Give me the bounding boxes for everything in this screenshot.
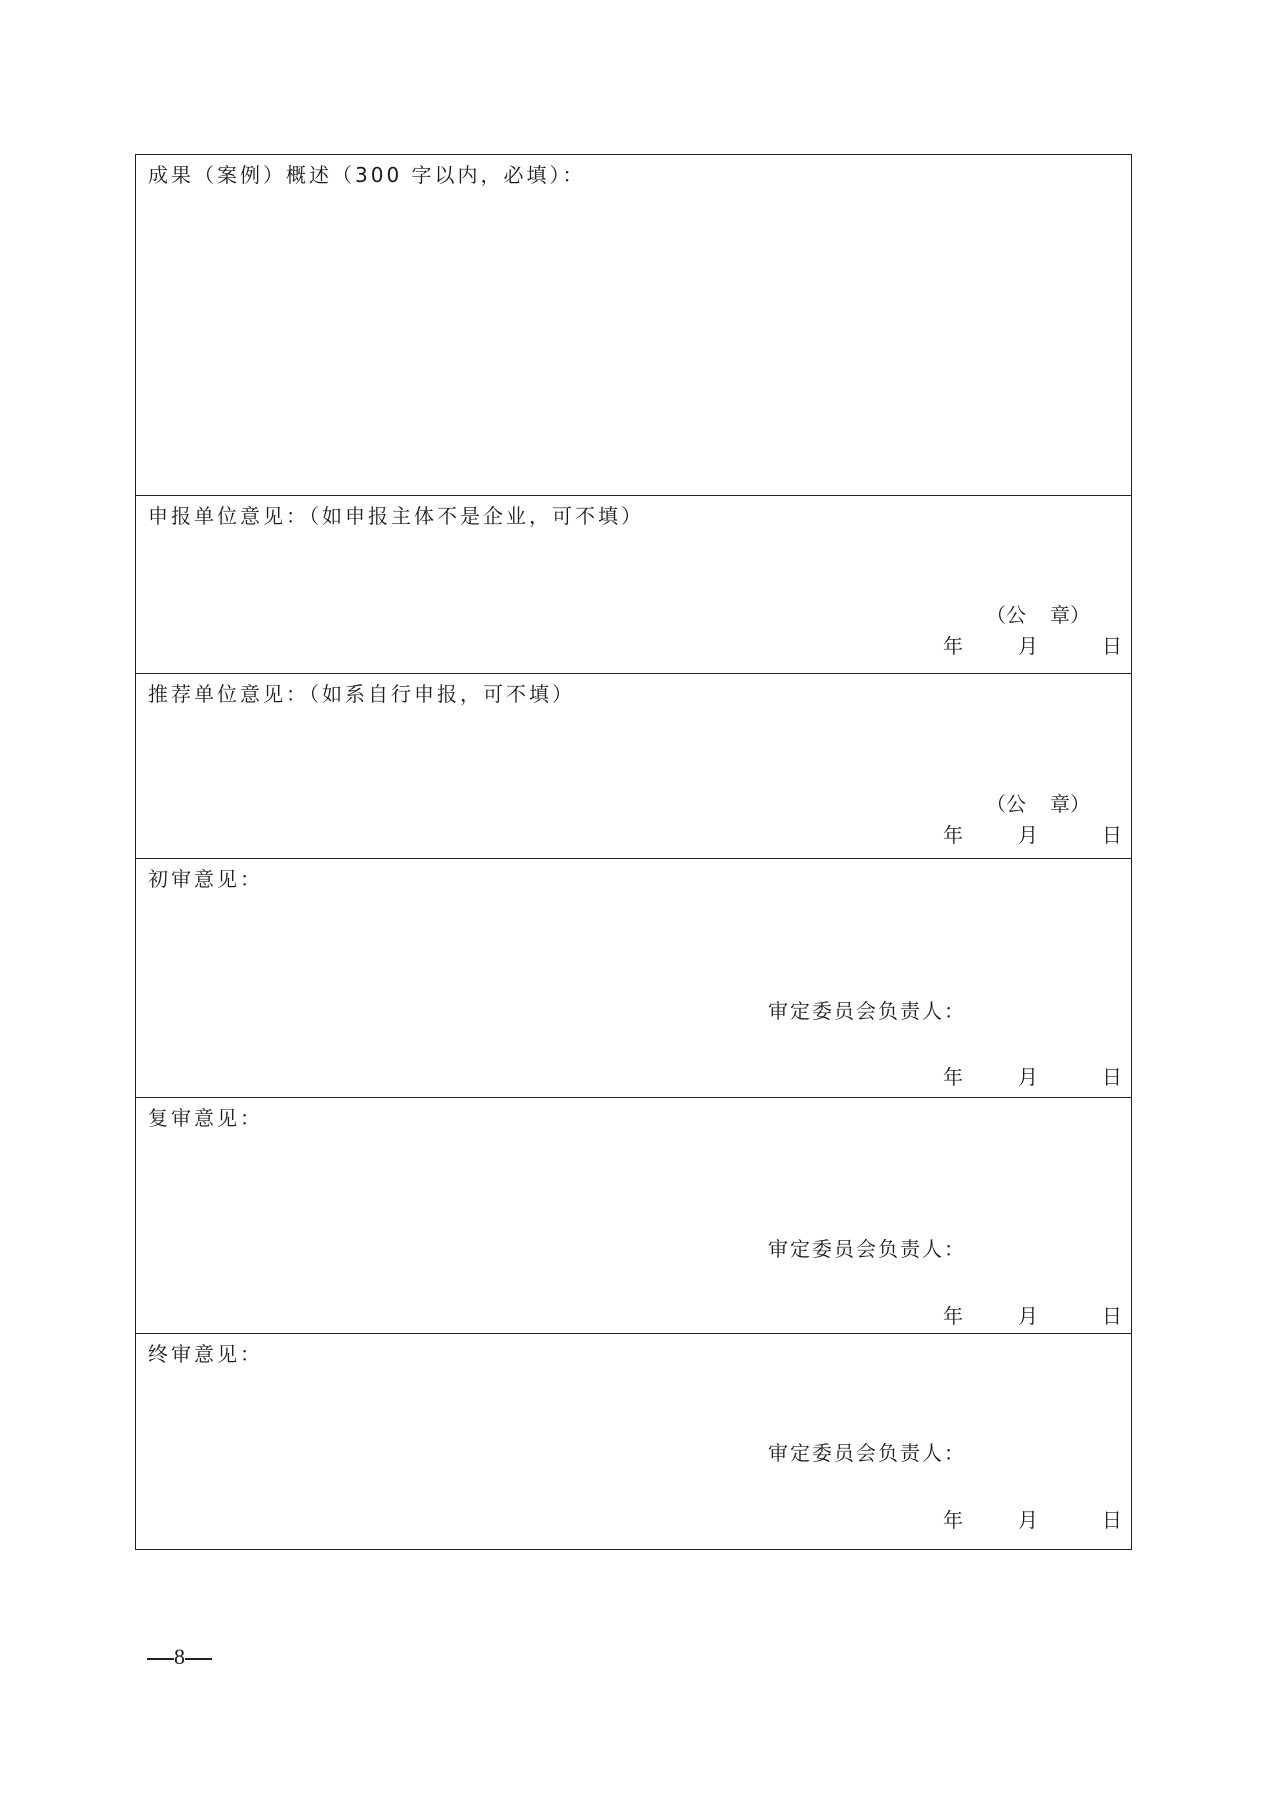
date-year: 年 [943,1065,963,1089]
page-number: 8 [147,1645,212,1669]
date-line: 年 月 日 [136,1065,1131,1089]
summary-section[interactable]: 成果（案例）概述（300 字以内，必填）： [136,155,1131,496]
date-month: 月 [1018,1508,1038,1532]
applicant-opinion-section[interactable]: 申报单位意见：（如申报主体不是企业，可不填） （公章） 年 月 日 [136,496,1131,674]
page-number-value: 8 [174,1644,185,1669]
applicant-opinion-label: 申报单位意见：（如申报主体不是企业，可不填） [148,504,644,528]
date-year: 年 [943,823,963,847]
date-line: 年 月 日 [136,634,1131,658]
date-line: 年 月 日 [136,823,1131,847]
committee-head-signature-label: 审定委员会负责人： [768,999,966,1023]
recommender-opinion-label: 推荐单位意见：（如系自行申报，可不填） [148,682,575,706]
date-month: 月 [1018,823,1038,847]
committee-head-signature-label: 审定委员会负责人： [768,1237,966,1261]
final-review-label: 终审意见： [148,1342,263,1366]
date-month: 月 [1018,634,1038,658]
second-review-section[interactable]: 复审意见： 审定委员会负责人： 年 月 日 [136,1098,1131,1334]
final-review-section[interactable]: 终审意见： 审定委员会负责人： 年 月 日 [136,1334,1131,1551]
date-day: 日 [1102,634,1122,658]
application-form-table: 成果（案例）概述（300 字以内，必填）： 申报单位意见：（如申报主体不是企业，… [135,154,1132,1550]
first-review-section[interactable]: 初审意见： 审定委员会负责人： 年 月 日 [136,859,1131,1098]
page-number-dash-left [147,1658,174,1659]
date-year: 年 [943,1508,963,1532]
date-year: 年 [943,1304,963,1328]
date-line: 年 月 日 [136,1304,1131,1328]
date-day: 日 [1102,1508,1122,1532]
date-year: 年 [943,634,963,658]
date-month: 月 [1018,1304,1038,1328]
recommender-opinion-section[interactable]: 推荐单位意见：（如系自行申报，可不填） （公章） 年 月 日 [136,674,1131,859]
first-review-label: 初审意见： [148,867,263,891]
official-seal-label: （公章） [986,792,1090,816]
date-line: 年 月 日 [136,1508,1131,1532]
official-seal-label: （公章） [986,603,1090,627]
committee-head-signature-label: 审定委员会负责人： [768,1441,966,1465]
date-day: 日 [1102,1304,1122,1328]
page-number-dash-right [185,1658,212,1659]
summary-label: 成果（案例）概述（300 字以内，必填）： [148,163,586,187]
date-day: 日 [1102,1065,1122,1089]
date-day: 日 [1102,823,1122,847]
second-review-label: 复审意见： [148,1106,263,1130]
date-month: 月 [1018,1065,1038,1089]
